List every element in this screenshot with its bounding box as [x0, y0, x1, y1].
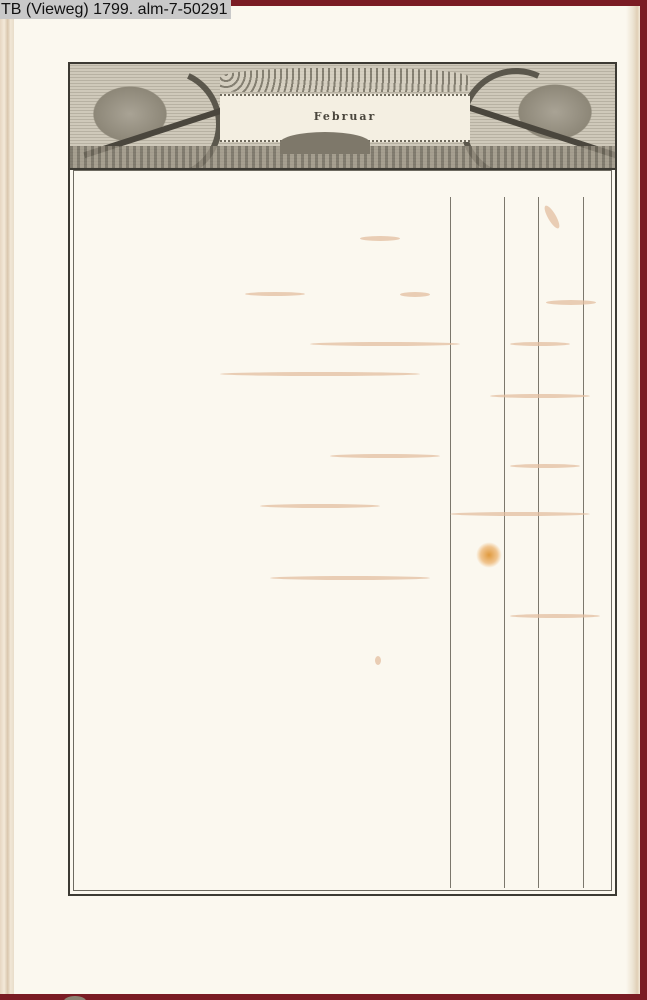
- ink-bleed-spot: [220, 372, 420, 376]
- page-frame: Februar: [68, 62, 617, 896]
- ink-bleed-spot: [450, 512, 590, 516]
- month-title: Februar: [220, 110, 470, 123]
- column-rule-1: [450, 197, 451, 888]
- ink-bleed-spot: [330, 454, 440, 458]
- column-rule-2: [504, 197, 505, 888]
- column-rule-3: [538, 197, 539, 888]
- fishing-net-icon: [220, 68, 470, 92]
- ink-bleed-spot: [360, 236, 400, 241]
- ink-bleed-spot: [510, 614, 600, 618]
- ink-bleed-spot: [260, 504, 380, 508]
- ink-bleed-spot: [270, 576, 430, 580]
- image-caption: TB (Vieweg) 1799. alm-7-50291: [0, 0, 231, 19]
- ink-bleed-spot: [546, 300, 596, 305]
- foxing-spot: [476, 542, 502, 568]
- page-fore-edge: [626, 6, 640, 994]
- ink-bleed-spot: [510, 342, 570, 346]
- landscape-hill-icon: [280, 132, 370, 154]
- ink-bleed-spot: [490, 394, 590, 398]
- ink-bleed-spot: [375, 656, 381, 665]
- ruled-area: [73, 170, 612, 891]
- ink-bleed-spot: [400, 292, 430, 297]
- book-spine-edge: [0, 6, 14, 994]
- ink-bleed-spot: [245, 292, 305, 296]
- ink-bleed-spot: [310, 342, 460, 346]
- almanac-page: Februar: [0, 6, 640, 994]
- header-vignette: Februar: [70, 64, 615, 170]
- thumb-edge: [64, 996, 86, 1000]
- ink-bleed-spot: [510, 464, 580, 468]
